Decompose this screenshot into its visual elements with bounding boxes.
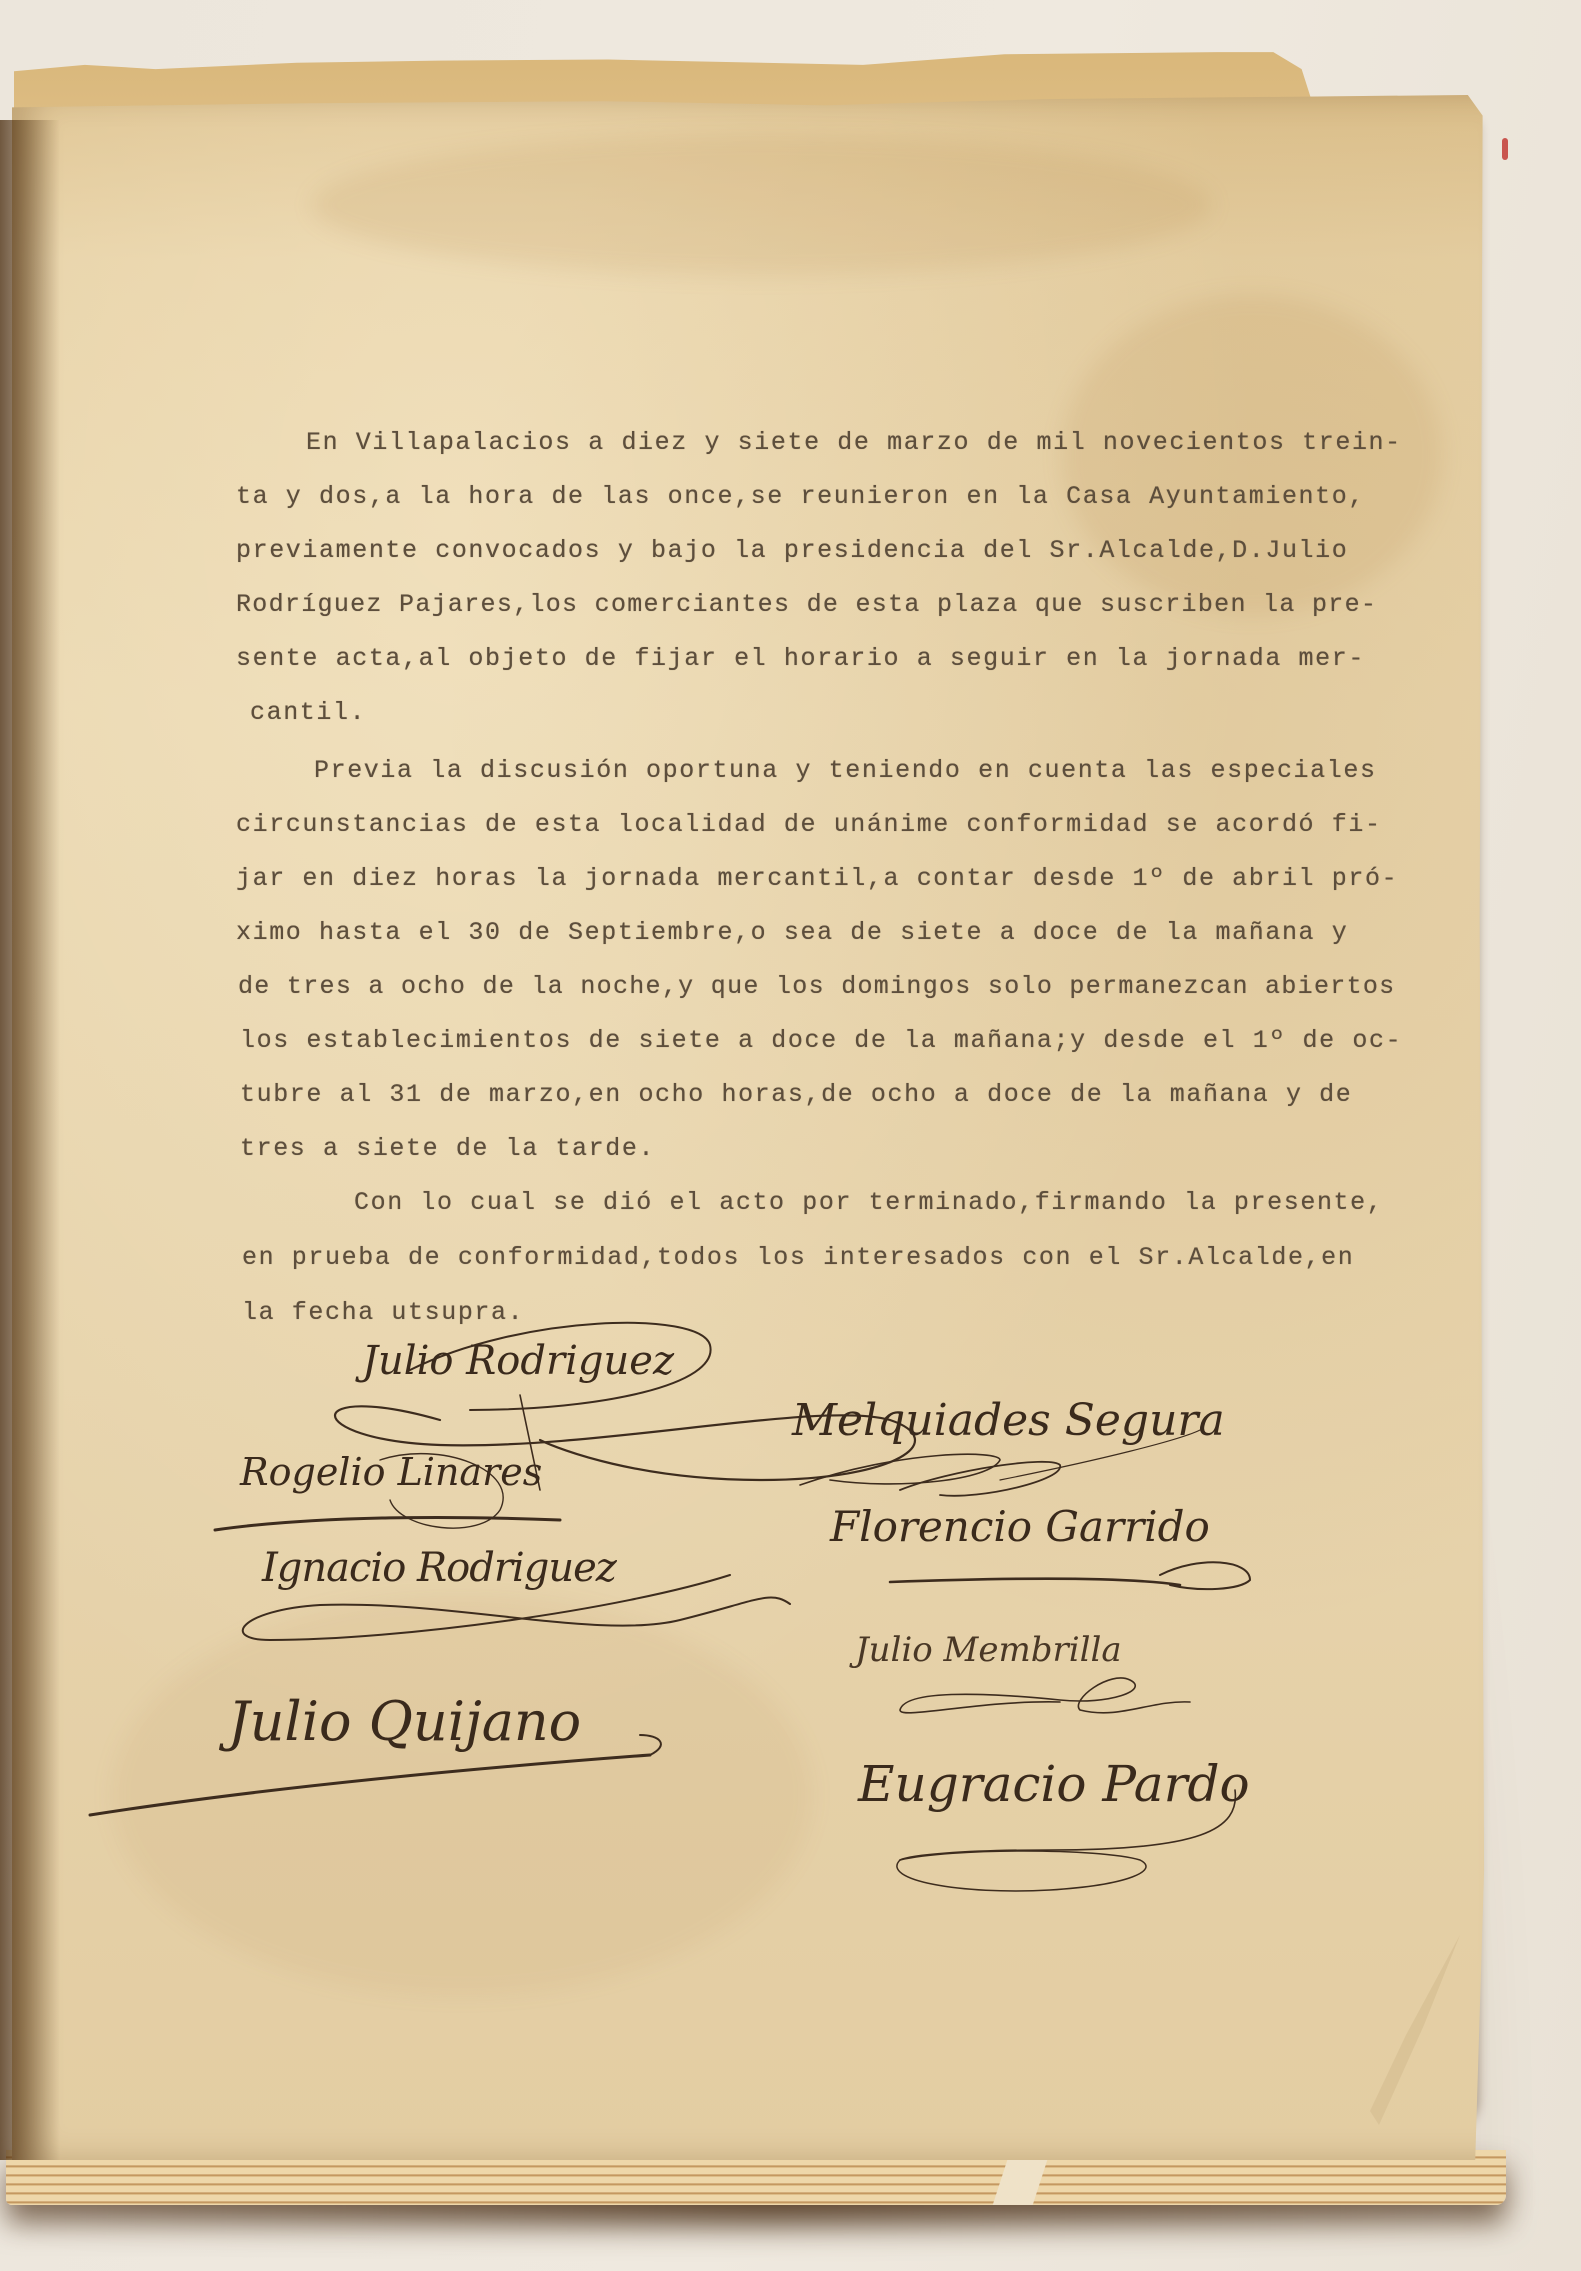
signature-julio-membrilla: Julio Membrilla <box>855 1630 1122 1670</box>
signature-rogelio-linares: Rogelio Linares <box>240 1450 542 1494</box>
signature-ignacio-rodriguez: Ignacio Rodriguez <box>262 1545 616 1591</box>
signature-eugracio-pardo: Eugracio Pardo <box>858 1755 1250 1813</box>
signature-melquiades-segura: Melquiades Segura <box>792 1395 1225 1446</box>
signature-flourishes <box>0 0 1581 2271</box>
signature-julio-rodriguez: Julio Rodriguez <box>362 1338 674 1384</box>
signature-julio-quijano: Julio Quijano <box>228 1690 581 1753</box>
signature-florencio-garrido: Florencio Garrido <box>830 1502 1210 1551</box>
